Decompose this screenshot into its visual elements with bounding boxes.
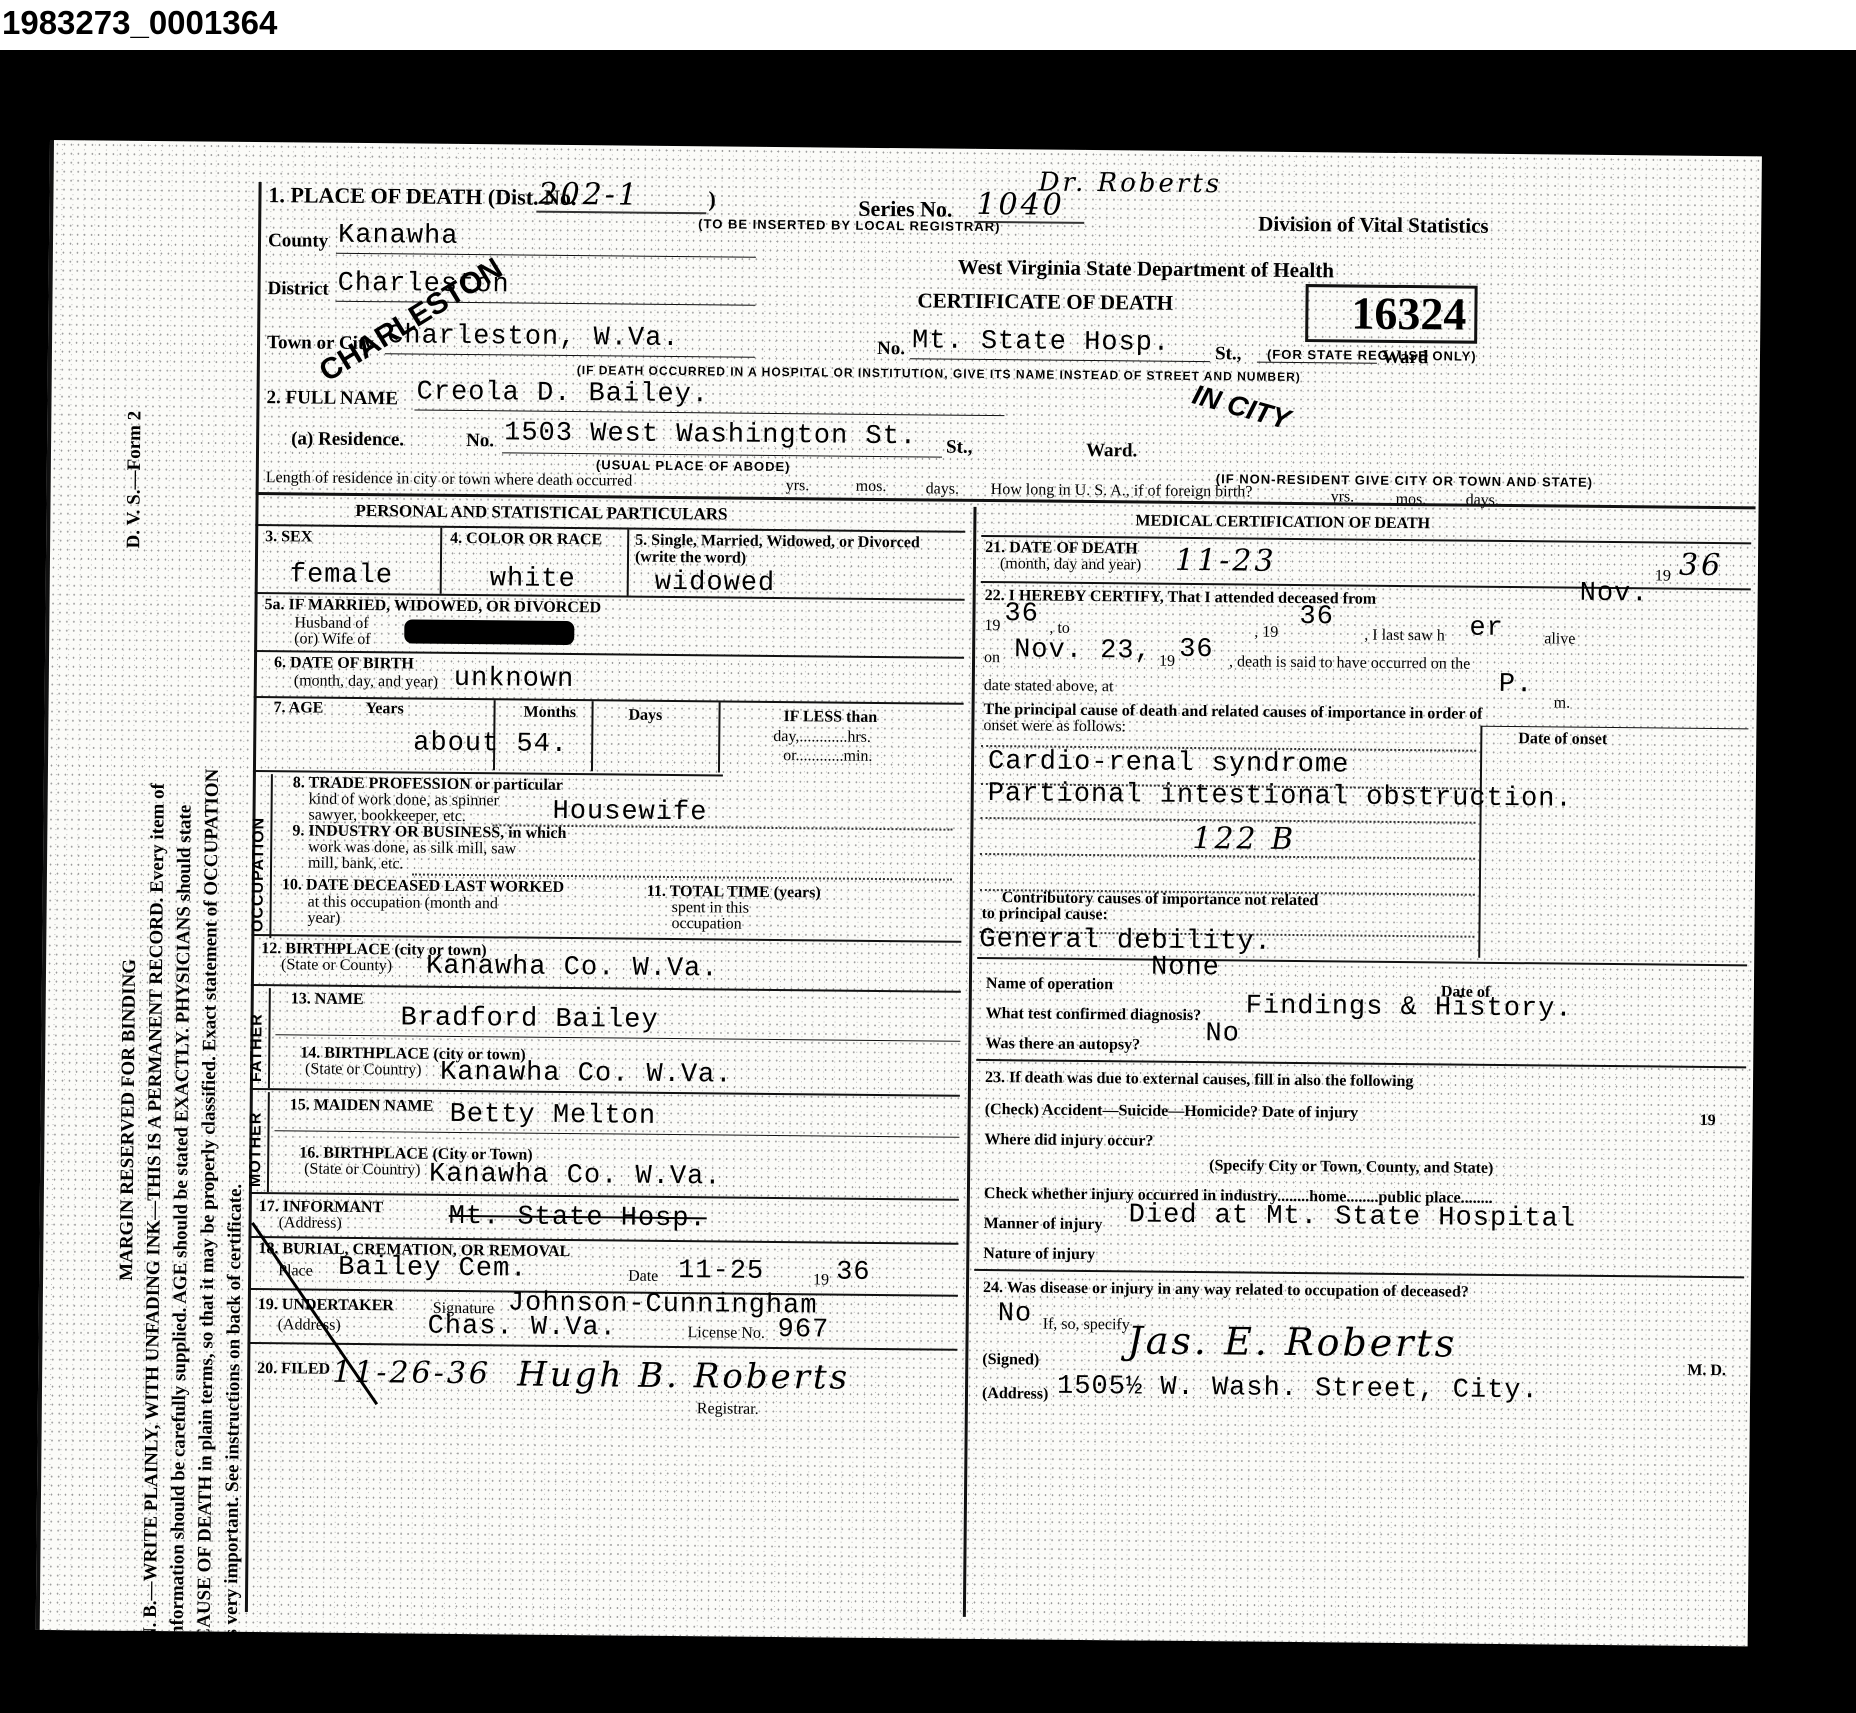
death-year-value: 36 — [1679, 548, 1724, 583]
last-saw-date-value: Nov. 23, — [1014, 635, 1152, 666]
autopsy-value: No — [1205, 1019, 1240, 1049]
margin-instructions: MARGIN RESERVED FOR BINDING D. V. S.—For… — [110, 261, 263, 1642]
mother-birthplace-value: Kanawha Co. W.Va. — [429, 1160, 722, 1193]
attended-from-value: Nov. — [1580, 579, 1649, 610]
series-number: 1040 — [976, 187, 1065, 223]
certificate-form: Dr. Roberts 1. PLACE OF DEATH (Dist. No.… — [245, 182, 1759, 1636]
operation-value: None — [1151, 953, 1220, 984]
burial-year-value: 36 — [836, 1258, 871, 1288]
physician-address-value: 1505½ W. Wash. Street, City. — [1057, 1372, 1539, 1407]
burial-place-value: Bailey Cem. — [338, 1253, 528, 1285]
cause-1-value: Cardio-renal syndrome — [988, 747, 1350, 780]
license-value: 967 — [777, 1315, 829, 1345]
cause-code: 122 B — [1192, 821, 1296, 857]
file-id: 1983273_0001364 — [2, 4, 277, 42]
physician-signature: Jas. E. Roberts — [1127, 1318, 1457, 1365]
birthplace-value: Kanawha Co. W.Va. — [426, 952, 719, 985]
in-city-stamp: IN CITY — [1189, 379, 1293, 437]
file-header-bar: 1983273_0001364 — [0, 0, 1856, 50]
department-title: West Virginia State Department of Health — [958, 255, 1334, 284]
medical-section-title: MEDICAL CERTIFICATION OF DEATH — [1135, 512, 1430, 533]
father-side-label: FATHER — [248, 1013, 267, 1082]
division-title: Division of Vital Statistics — [1258, 212, 1489, 239]
trade-value: Housewife — [552, 797, 707, 828]
date-of-death-value: 11-23 — [1175, 543, 1277, 579]
death-certificate-document: MARGIN RESERVED FOR BINDING D. V. S.—For… — [36, 140, 1762, 1646]
marital-value: widowed — [655, 568, 776, 599]
nonresident-note: (IF NON-RESIDENT GIVE CITY OR TOWN AND S… — [1216, 471, 1593, 490]
town-value: Charleston, W.Va. — [387, 321, 680, 354]
personal-section-title: PERSONAL AND STATISTICAL PARTICULARS — [355, 501, 727, 525]
father-name-value: Bradford Bailey — [400, 1003, 658, 1035]
age-value: about 54. — [413, 729, 568, 760]
registrar-signature: Hugh B. Roberts — [517, 1355, 850, 1398]
contributory-value: General debility. — [979, 925, 1272, 958]
series-label: Series No. — [858, 196, 952, 223]
institution-value: Mt. State Hosp. — [912, 326, 1170, 358]
certificate-number: 16324 — [1305, 284, 1478, 344]
top-annotation: Dr. Roberts — [1038, 167, 1222, 199]
certificate-title: CERTIFICATE OF DEATH — [917, 288, 1173, 315]
county-value: Kanawha — [338, 221, 459, 252]
mother-side-label: MOTHER — [247, 1112, 266, 1187]
mother-name-value: Betty Melton — [450, 1100, 657, 1132]
undertaker-address-value: Chas. W.Va. — [427, 1312, 617, 1344]
dob-value: unknown — [454, 664, 575, 695]
manner-value: Died at Mt. State Hospital — [1129, 1200, 1577, 1234]
sex-value: female — [290, 560, 394, 591]
informant-value: Mt. State Hosp. — [449, 1202, 707, 1234]
district-number: 202-1 — [538, 177, 640, 213]
occupation-related-value: No — [998, 1299, 1033, 1329]
race-value: white — [490, 564, 576, 595]
full-name-value: Creola D. Bailey. — [416, 378, 709, 411]
cause-2-value: Partional intestional obstruction. — [988, 779, 1573, 815]
father-birthplace-value: Kanawha Co. W.Va. — [440, 1058, 733, 1091]
residence-value: 1503 West Washington St. — [504, 418, 917, 452]
column-divider — [963, 507, 977, 1617]
redacted-spouse-name — [404, 619, 574, 645]
burial-date-value: 11-25 — [678, 1256, 764, 1287]
test-value: Findings & History. — [1246, 992, 1573, 1025]
dist-note: (TO BE INSERTED BY LOCAL REGISTRAR) — [698, 216, 1000, 234]
item1-label: 1. PLACE OF DEATH (Dist. No. — [268, 182, 576, 211]
occupation-side-label: OCCUPATION — [249, 817, 268, 932]
